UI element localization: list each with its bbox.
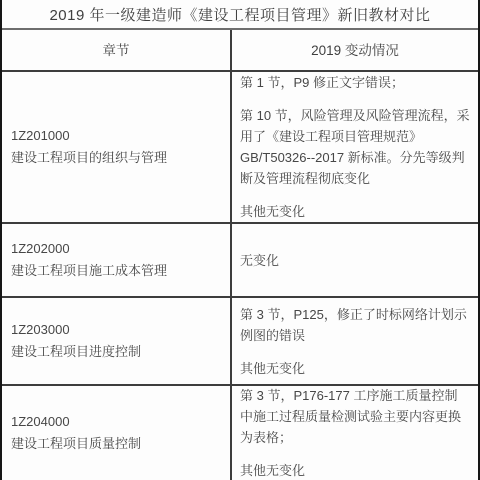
chapter-code: 1Z201000 bbox=[11, 125, 224, 147]
change-paragraph: 第 3 节，P176-177 工序施工质量控制中施工过程质量检测试验主要内容更换… bbox=[240, 385, 470, 448]
changes-cell: 无变化 bbox=[232, 224, 478, 296]
change-paragraph: 其他无变化 bbox=[240, 201, 470, 222]
change-paragraph: 第 3 节，P125，修正了时标网络计划示例图的错误 bbox=[240, 304, 470, 346]
chapter-code: 1Z204000 bbox=[11, 411, 224, 433]
header-chapter: 章节 bbox=[2, 30, 232, 70]
chapter-name: 建设工程项目的组织与管理 bbox=[11, 147, 224, 169]
changes-cell: 第 1 节，P9 修正文字错误； 第 10 节，风险管理及风险管理流程，采用了《… bbox=[232, 72, 478, 222]
chapter-cell: 1Z202000 建设工程项目施工成本管理 bbox=[2, 224, 232, 296]
table-row: 1Z201000 建设工程项目的组织与管理 第 1 节，P9 修正文字错误； 第… bbox=[2, 70, 478, 222]
change-paragraph: 其他无变化 bbox=[240, 358, 470, 379]
chapter-code: 1Z202000 bbox=[11, 238, 224, 260]
change-paragraph: 第 10 节，风险管理及风险管理流程，采用了《建设工程项目管理规范》GB/T50… bbox=[240, 105, 470, 189]
changes-cell: 第 3 节，P125，修正了时标网络计划示例图的错误 其他无变化 bbox=[232, 298, 478, 384]
change-paragraph: 其他无变化 bbox=[240, 460, 470, 480]
table-title: 2019 年一级建造师《建设工程项目管理》新旧教材对比 bbox=[2, 0, 478, 28]
chapter-cell: 1Z203000 建设工程项目进度控制 bbox=[2, 298, 232, 384]
changes-cell: 第 3 节，P176-177 工序施工质量控制中施工过程质量检测试验主要内容更换… bbox=[232, 386, 478, 480]
chapter-cell: 1Z201000 建设工程项目的组织与管理 bbox=[2, 72, 232, 222]
chapter-cell: 1Z204000 建设工程项目质量控制 bbox=[2, 386, 232, 480]
comparison-table: 2019 年一级建造师《建设工程项目管理》新旧教材对比 章节 2019 变动情况… bbox=[0, 0, 480, 480]
table-row: 1Z202000 建设工程项目施工成本管理 无变化 bbox=[2, 222, 478, 296]
change-paragraph: 第 1 节，P9 修正文字错误； bbox=[240, 72, 470, 93]
table-header-row: 章节 2019 变动情况 bbox=[2, 28, 478, 70]
chapter-name: 建设工程项目施工成本管理 bbox=[11, 260, 224, 282]
table-row: 1Z204000 建设工程项目质量控制 第 3 节，P176-177 工序施工质… bbox=[2, 384, 478, 480]
table-row: 1Z203000 建设工程项目进度控制 第 3 节，P125，修正了时标网络计划… bbox=[2, 296, 478, 384]
chapter-name: 建设工程项目进度控制 bbox=[11, 341, 224, 363]
header-changes: 2019 变动情况 bbox=[232, 30, 478, 70]
chapter-code: 1Z203000 bbox=[11, 319, 224, 341]
chapter-name: 建设工程项目质量控制 bbox=[11, 433, 224, 455]
change-paragraph: 无变化 bbox=[240, 250, 470, 271]
